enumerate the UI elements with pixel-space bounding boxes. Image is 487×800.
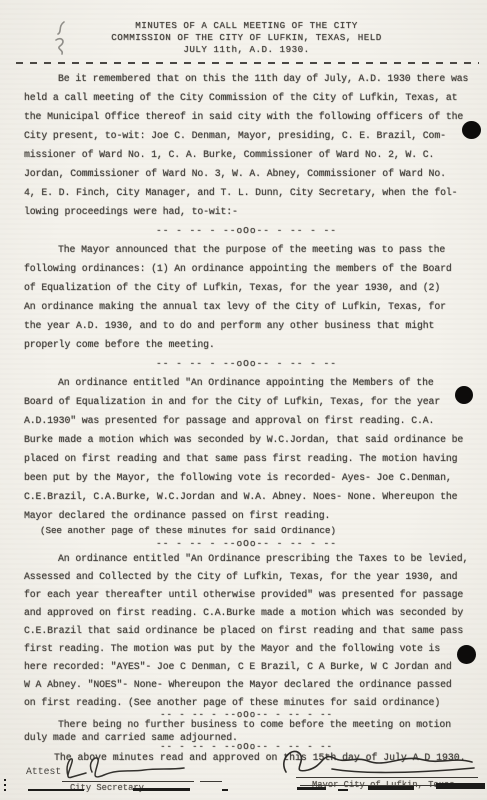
text-line: Mayor declared the ordinance passed on f… bbox=[24, 506, 469, 525]
scan-artifact bbox=[297, 787, 326, 790]
text-line: A.D.1930" was presented for passage and … bbox=[24, 411, 469, 430]
text-line: Burke made a motion which was seconded b… bbox=[24, 430, 469, 449]
text-line: An ordinance making the annual tax levy … bbox=[24, 297, 469, 316]
text-line: An ordinance entitled "An Ordinance appo… bbox=[24, 373, 469, 392]
text-line: Be it remembered that on this the 11th d… bbox=[24, 69, 469, 88]
title-line: COMMISSION OF THE CITY OF LUFKIN, TEXAS,… bbox=[24, 32, 469, 44]
text-line: City present, to-wit: Joe C. Denman, May… bbox=[24, 126, 469, 145]
secretary-signature-line bbox=[200, 781, 222, 782]
paragraph-ordinance-taxlevy: An ordinance entitled "An Ordinance pres… bbox=[24, 550, 469, 712]
scan-artifact bbox=[28, 789, 84, 791]
ooo-separator: -- - -- - --oOo-- - -- - -- bbox=[24, 712, 469, 719]
ink-blob bbox=[462, 121, 481, 139]
title-line: MINUTES OF A CALL MEETING OF THE CITY bbox=[24, 20, 469, 32]
text-line: and approved on first reading. C.A.Burke… bbox=[24, 604, 469, 622]
text-line: been put by the Mayor, the following vot… bbox=[24, 468, 469, 487]
text-line: C.E.Brazil that said ordinance be placed… bbox=[24, 622, 469, 640]
text-line: the year A.D. 1930, and to do and perfor… bbox=[24, 316, 469, 335]
document-body: MINUTES OF A CALL MEETING OF THE CITY CO… bbox=[24, 20, 469, 764]
paragraph-opening: Be it remembered that on this the 11th d… bbox=[24, 69, 469, 221]
see-note-line: (See another page of these minutes for s… bbox=[24, 525, 469, 537]
scan-artifact bbox=[436, 783, 485, 789]
text-line: Assessed and Collected by the City of Lu… bbox=[24, 568, 469, 586]
paragraph-adjournment: There being no further business to come … bbox=[24, 719, 469, 744]
ooo-separator: -- - -- - --oOo-- - -- - -- bbox=[24, 537, 469, 550]
text-line: following ordinances: (1) An ordinance a… bbox=[24, 259, 469, 278]
text-line: here recorded: "AYES"- Joe C Denman, C E… bbox=[24, 658, 469, 676]
scan-artifact bbox=[222, 789, 228, 791]
scan-artifact bbox=[133, 788, 190, 791]
scan-artifact bbox=[4, 778, 6, 791]
paragraph-ordinance-equalization: An ordinance entitled "An Ordinance appo… bbox=[24, 373, 469, 537]
text-line: W A Abney. "NOES"- None- Whereupon the M… bbox=[24, 676, 469, 694]
ink-blob bbox=[457, 645, 476, 664]
scan-artifact bbox=[368, 786, 414, 790]
text-line: the Municipal Office thereof in said cit… bbox=[24, 107, 469, 126]
text-line: for each year thereafter until otherwise… bbox=[24, 586, 469, 604]
text-line: lowing proceedings were had, to-wit:- bbox=[24, 202, 469, 221]
text-line: held a call meeting of the City Commissi… bbox=[24, 88, 469, 107]
text-line: Board of Equalization in and for the Cit… bbox=[24, 392, 469, 411]
text-line: first reading. The motion was put by the… bbox=[24, 640, 469, 658]
text-line: C.E.Brazil, C.A.Burke, W.C.Jordan and W.… bbox=[24, 487, 469, 506]
text-line: 4, E. D. Finch, City Manager, and T. L. … bbox=[24, 183, 469, 202]
text-line: An ordinance entitled "An Ordinance pres… bbox=[24, 550, 469, 568]
mayor-signature bbox=[268, 744, 482, 780]
text-line: of Equalization of the City of Lufkin, T… bbox=[24, 278, 469, 297]
text-line: missioner of Ward No. 1, C. A. Burke, Co… bbox=[24, 145, 469, 164]
page-title: MINUTES OF A CALL MEETING OF THE CITY CO… bbox=[24, 20, 469, 56]
text-line: There being no further business to come … bbox=[24, 719, 469, 732]
ooo-separator: -- - -- - --oOo-- - -- - -- bbox=[24, 354, 469, 373]
text-line: Jordan, Commissioner of Ward No. 3, W. A… bbox=[24, 164, 469, 183]
ink-blob bbox=[455, 386, 473, 404]
text-line: properly come before the meeting. bbox=[24, 335, 469, 354]
pencil-mark bbox=[48, 16, 88, 64]
text-line: The Mayor announced that the purpose of … bbox=[24, 240, 469, 259]
scanned-minutes-page: MINUTES OF A CALL MEETING OF THE CITY CO… bbox=[0, 0, 487, 800]
text-line: placed on first reading and that same pa… bbox=[24, 449, 469, 468]
scan-artifact bbox=[338, 789, 348, 791]
paragraph-purpose: The Mayor announced that the purpose of … bbox=[24, 240, 469, 354]
title-line: JULY 11th, A.D. 1930. bbox=[24, 44, 469, 56]
ooo-separator: -- - -- - --oOo-- - -- - -- bbox=[24, 221, 469, 240]
secretary-signature bbox=[52, 750, 202, 784]
